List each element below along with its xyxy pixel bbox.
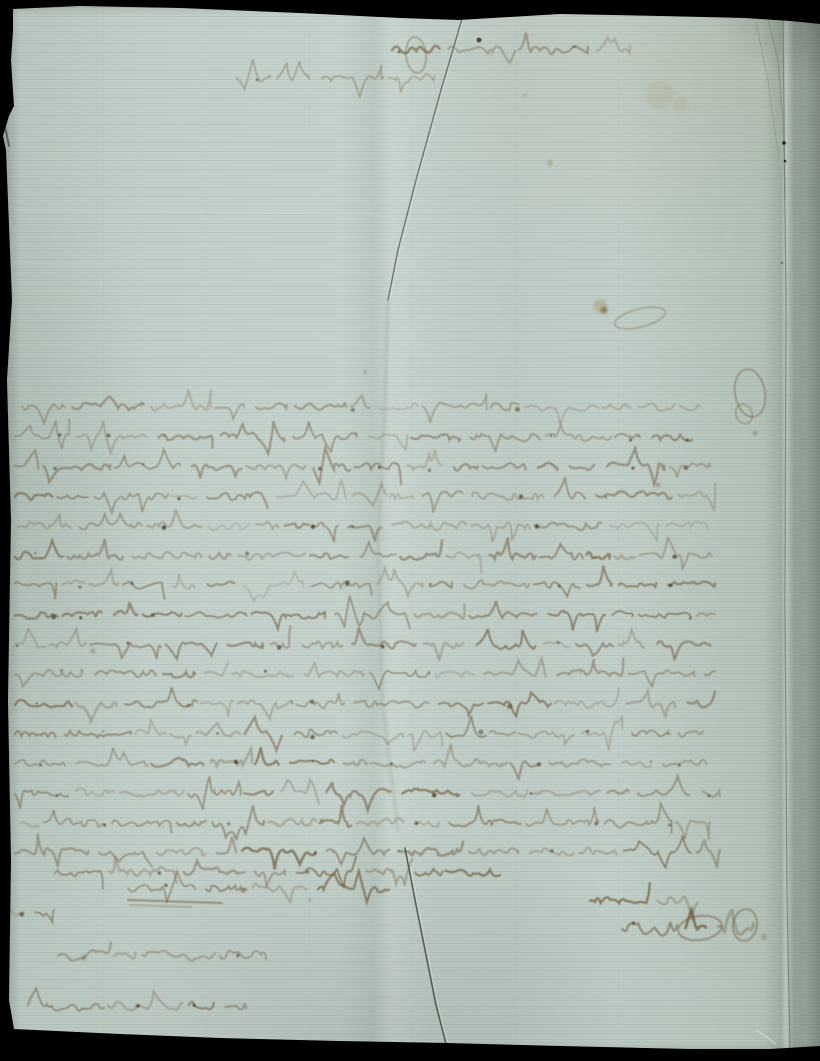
edge-vignette [0, 0, 820, 1061]
paper-sheet [0, 0, 820, 1061]
scan-stage [0, 0, 820, 1061]
